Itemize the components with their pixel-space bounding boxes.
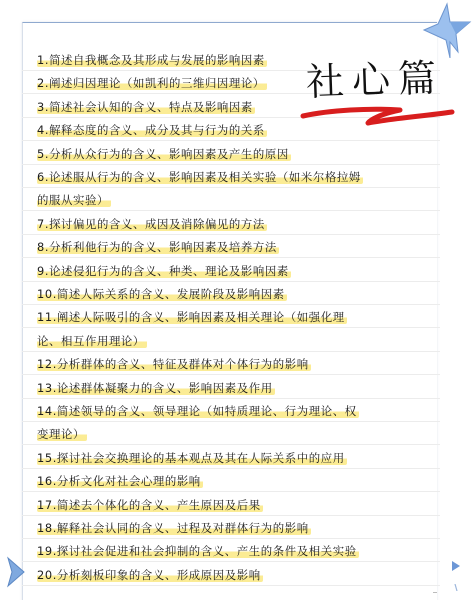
question-text: 19.探讨社会促进和社会抑制的含义、产生的条件及相关实验 [37, 544, 359, 558]
list-item: 18.解释社会认同的含义、过程及对群体行为的影响 [22, 516, 440, 539]
question-text: 13.论述群体凝聚力的含义、影响因素及作用 [37, 381, 275, 395]
list-item: 15.探讨社会交换理论的基本观点及其在人际关系中的应用 [22, 446, 440, 469]
list-item: 17.简述去个体化的含义、产生原因及后果 [22, 493, 440, 516]
tick-mark-icon [454, 584, 458, 591]
question-text: 18.解释社会认同的含义、过程及对群体行为的影响 [37, 521, 311, 535]
question-text: 15.探讨社会交换理论的基本观点及其在人际关系中的应用 [37, 451, 347, 465]
chevron-right-icon [6, 556, 26, 588]
list-item: 论、相互作用理论） [22, 329, 440, 352]
question-text: 10.简述人际关系的含义、发展阶段及影响因素 [37, 287, 287, 301]
list-item: 16.分析文化对社会心理的影响 [22, 469, 440, 492]
list-item: 10.简述人际关系的含义、发展阶段及影响因素 [22, 282, 440, 305]
question-text: 8.分析利他行为的含义、影响因素及培养方法 [37, 240, 279, 254]
list-item: 20.分析刻板印象的含义、形成原因及影响 [22, 563, 440, 586]
list-item: 12.分析群体的含义、特征及群体对个体行为的影响 [22, 352, 440, 375]
question-text: 7.探讨偏见的含义、成因及消除偏见的方法 [37, 217, 267, 231]
question-text: 论、相互作用理论） [37, 334, 147, 348]
list-item: 19.探讨社会促进和社会抑制的含义、产生的条件及相关实验 [22, 539, 440, 562]
list-item: 14.简述领导的含义、领导理论（如特质理论、行为理论、权 [22, 399, 440, 422]
list-item: 5.分析从众行为的含义、影响因素及产生的原因 [22, 142, 440, 165]
question-text: 6.论述服从行为的含义、影响因素及相关实验（如米尔格拉姆 [37, 170, 363, 184]
list-item: 变理论） [22, 422, 440, 445]
question-text: 16.分析文化对社会心理的影响 [37, 474, 203, 488]
list-item: 8.分析利他行为的含义、影响因素及培养方法 [22, 235, 440, 258]
question-text: 4.解释态度的含义、成分及其与行为的关系 [37, 123, 267, 137]
question-text: 17.简述去个体化的含义、产生原因及后果 [37, 498, 263, 512]
question-text: 3.简述社会认知的含义、特点及影响因素 [37, 100, 255, 114]
question-text: 20.分析刻板印象的含义、形成原因及影响 [37, 568, 263, 582]
question-text: 1.简述自我概念及其形成与发展的影响因素 [37, 53, 267, 67]
question-text: 11.阐述人际吸引的含义、影响因素及相关理论（如强化理 [37, 310, 347, 324]
question-text: 12.分析群体的含义、特征及群体对个体行为的影响 [37, 357, 311, 371]
list-item: 6.论述服从行为的含义、影响因素及相关实验（如米尔格拉姆 [22, 165, 440, 188]
question-text: 5.分析从众行为的含义、影响因素及产生的原因 [37, 147, 291, 161]
list-item: 7.探讨偏见的含义、成因及消除偏见的方法 [22, 212, 440, 235]
question-text: 的服从实验） [37, 193, 111, 207]
triangle-right-icon [452, 561, 460, 571]
question-text: 9.论述侵犯行为的含义、种类、理论及影响因素 [37, 264, 291, 278]
question-text: 14.简述领导的含义、领导理论（如特质理论、行为理论、权 [37, 404, 359, 418]
question-text: 变理论） [37, 427, 87, 441]
list-item: 13.论述群体凝聚力的含义、影响因素及作用 [22, 376, 440, 399]
decorative-dash [433, 592, 437, 593]
list-item: 9.论述侵犯行为的含义、种类、理论及影响因素 [22, 259, 440, 282]
title-underline-scribble [300, 104, 455, 126]
list-item: 的服从实验） [22, 188, 440, 211]
page-title: 社心篇 [305, 56, 444, 105]
question-text: 2.阐述归因理论（如凯利的三维归因理论） [37, 76, 267, 90]
list-item: 11.阐述人际吸引的含义、影响因素及相关理论（如强化理 [22, 305, 440, 328]
